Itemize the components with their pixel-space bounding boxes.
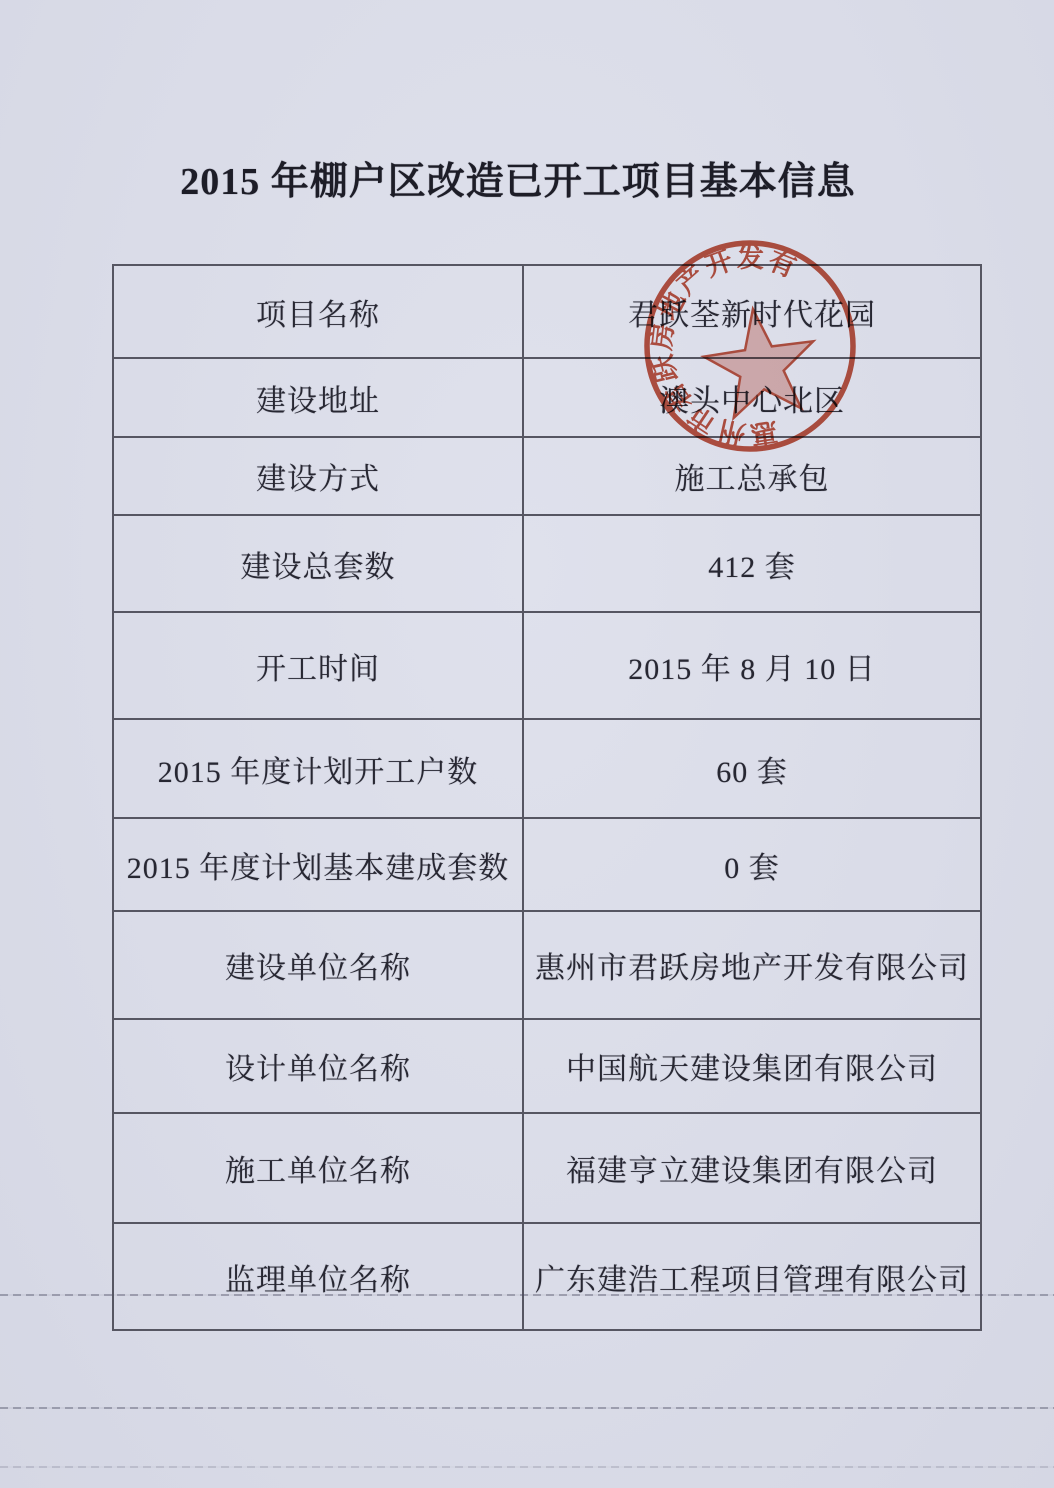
table-row: 开工时间2015 年 8 月 10 日 xyxy=(114,613,980,720)
row-value-cell: 广东建浩工程项目管理有限公司 xyxy=(522,1224,980,1329)
row-value-cell: 60 套 xyxy=(522,720,980,817)
document-page: 2015 年棚户区改造已开工项目基本信息 项目名称君跃荃新时代花园建设地址澳头中… xyxy=(0,0,1054,1488)
table-row: 施工单位名称福建亨立建设集团有限公司 xyxy=(114,1114,980,1224)
row-label-cell: 监理单位名称 xyxy=(114,1224,522,1329)
company-seal-stamp: 惠州市君跃房地产开发有限公司 xyxy=(599,195,902,498)
row-label-cell: 2015 年度计划基本建成套数 xyxy=(114,819,522,910)
seal-star-icon xyxy=(698,302,822,421)
row-value-cell: 中国航天建设集团有限公司 xyxy=(522,1020,980,1112)
page-title: 2015 年棚户区改造已开工项目基本信息 xyxy=(0,150,1036,205)
scanned-document: { "page": { "title": "2015 年棚户区改造已开工项目基本… xyxy=(0,0,1054,1488)
row-value-cell: 福建亨立建设集团有限公司 xyxy=(522,1114,980,1222)
table-row: 建设总套数412 套 xyxy=(114,516,980,613)
scan-artifact-line xyxy=(0,1407,1054,1409)
row-value-cell: 2015 年 8 月 10 日 xyxy=(522,613,980,718)
row-label-cell: 项目名称 xyxy=(114,266,522,357)
table-row: 监理单位名称广东建浩工程项目管理有限公司 xyxy=(114,1224,980,1329)
scan-artifact-line xyxy=(0,1294,1054,1296)
row-label-cell: 施工单位名称 xyxy=(114,1114,522,1222)
row-label-cell: 设计单位名称 xyxy=(114,1020,522,1112)
row-label-cell: 建设地址 xyxy=(114,359,522,436)
row-label-cell: 建设单位名称 xyxy=(114,912,522,1018)
table-row: 2015 年度计划开工户数60 套 xyxy=(114,720,980,819)
row-value-cell: 0 套 xyxy=(522,819,980,910)
scan-artifact-line xyxy=(0,1466,1054,1468)
table-row: 建设单位名称惠州市君跃房地产开发有限公司 xyxy=(114,912,980,1020)
row-value-cell: 412 套 xyxy=(522,516,980,611)
row-value-cell: 惠州市君跃房地产开发有限公司 xyxy=(522,912,980,1018)
row-label-cell: 建设总套数 xyxy=(114,516,522,611)
table-row: 设计单位名称中国航天建设集团有限公司 xyxy=(114,1020,980,1114)
row-label-cell: 建设方式 xyxy=(114,438,522,514)
seal-arc-textpath: 惠州市君跃房地产开发有限公司 xyxy=(627,223,817,457)
table-row: 2015 年度计划基本建成套数0 套 xyxy=(114,819,980,912)
row-label-cell: 开工时间 xyxy=(114,613,522,718)
row-label-cell: 2015 年度计划开工户数 xyxy=(114,720,522,817)
seal-arc-text: 惠州市君跃房地产开发有限公司 xyxy=(627,223,817,457)
